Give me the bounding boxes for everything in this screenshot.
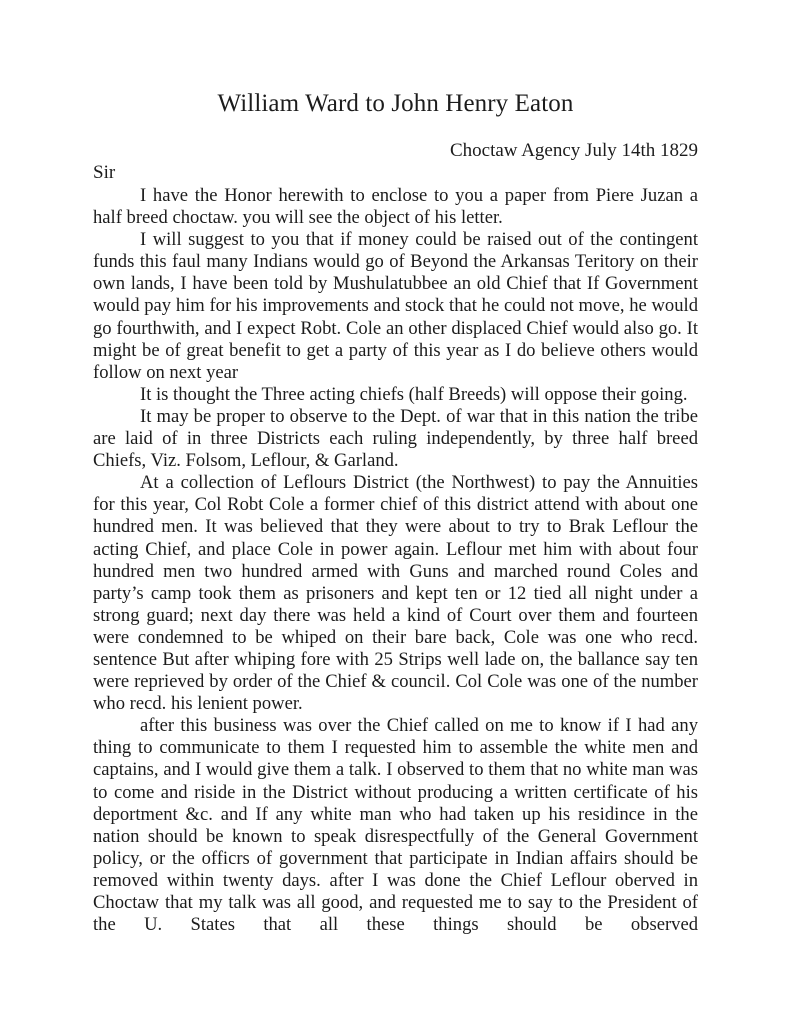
salutation: Sir xyxy=(93,162,115,184)
paragraph: It is thought the Three acting chiefs (h… xyxy=(93,384,698,406)
paragraph: At a collection of Leflours District (th… xyxy=(93,472,698,715)
document-title: William Ward to John Henry Eaton xyxy=(93,89,698,119)
dateline: Choctaw Agency July 14th 1829 xyxy=(450,140,698,162)
letter-body: I have the Honor herewith to enclose to … xyxy=(93,185,698,936)
paragraph: after this business was over the Chief c… xyxy=(93,715,698,936)
paragraph: I will suggest to you that if money coul… xyxy=(93,229,698,384)
paragraph: It may be proper to observe to the Dept.… xyxy=(93,406,698,472)
paragraph: I have the Honor herewith to enclose to … xyxy=(93,185,698,229)
